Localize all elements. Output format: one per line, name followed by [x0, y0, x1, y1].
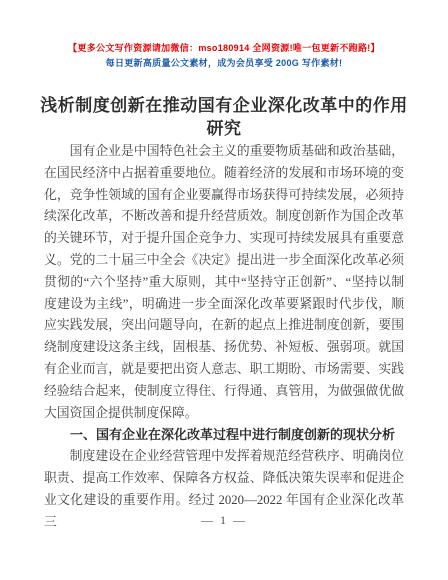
document-page: 【更多公文写作资源请加微信：mso180914 全网资源!唯一包更新不跑路!】 … — [0, 0, 448, 580]
promo-banner: 【更多公文写作资源请加微信：mso180914 全网资源!唯一包更新不跑路!】 … — [0, 41, 448, 71]
page-number: — 1 — — [0, 513, 448, 528]
promo-line-1: 【更多公文写作资源请加微信：mso180914 全网资源!唯一包更新不跑路!】 — [0, 41, 448, 56]
document-body: 国有企业是中国特色社会主义的重要物质基础和政治基础，在国民经济中占据着重要地位。… — [44, 141, 404, 533]
promo-line-2: 每日更新高质量公文素材，成为会员享受 200G 写作素材! — [0, 56, 448, 71]
body-paragraph: 国有企业是中国特色社会主义的重要物质基础和政治基础，在国民经济中占据着重要地位。… — [44, 141, 404, 424]
document-title: 浅析制度创新在推动国有企业深化改革中的作用研究 — [34, 95, 414, 140]
section-heading: 一、国有企业在深化改革过程中进行制度创新的现状分析 — [44, 424, 404, 446]
